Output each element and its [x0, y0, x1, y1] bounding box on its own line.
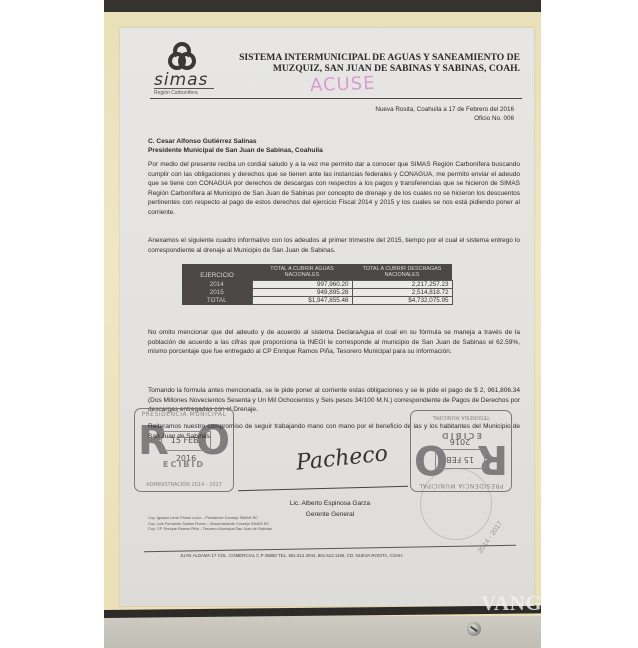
- body-paragraph-2: Anexamos el siguiente cuadro informativo…: [148, 236, 520, 255]
- header-aguas-nacionales: TOTAL A CUBRIR AGUAS NACIONALES: [252, 264, 352, 281]
- received-stamp-left: PRESIDENCIA MUNICIPAL R O 15 FEB. 2016 E…: [134, 408, 234, 492]
- debt-table-header: EJERCICIO TOTAL A CUBRIR AGUAS NACIONALE…: [182, 264, 452, 281]
- watermark: VANGUARD: [481, 591, 541, 616]
- body-paragraph-3: No omito mencionar que del adeudo y de a…: [148, 328, 520, 357]
- photo-top-edge: [104, 0, 541, 12]
- table-row-total: TOTAL $1,947,855.48 $4,732,075.95: [182, 297, 452, 305]
- row-aguas-value: 949,895.28: [252, 289, 352, 297]
- cc-item: Ccp. Ignacio Lenin Flores Lucio – Presid…: [148, 516, 272, 522]
- letter-sheet: simas Región Carbonífera SISTEMA INTERMU…: [120, 28, 534, 606]
- row-year: 2014: [182, 281, 252, 289]
- row-aguas-value: $1,947,855.48: [252, 297, 352, 305]
- screw-icon: [467, 622, 481, 636]
- header-divider: [150, 98, 522, 99]
- stamp-top-text: PRESIDENCIA MUNICIPAL: [411, 482, 511, 489]
- signature-line: [238, 486, 408, 491]
- logo-knot-icon: [168, 42, 198, 72]
- signer-block: Lic. Alberto Espinosa Garza Gerente Gene…: [280, 498, 380, 520]
- footer-address: JUAN ALDAMA 17 COL. COMERCIAL C.P 26850 …: [180, 553, 404, 558]
- cc-list: Ccp. Ignacio Lenin Flores Lucio – Presid…: [148, 516, 272, 533]
- stamp-received: ECIBID: [411, 431, 511, 440]
- stamp-top-text: PRESIDENCIA MUNICIPAL: [135, 411, 233, 418]
- header-descargas-nacionales: TOTAL A CUBRIR DESCRAGAS NACIONALES: [352, 264, 452, 281]
- received-stamp-right: PRESIDENCIA MUNICIPAL R O 15 FEB 2016 EC…: [410, 410, 512, 492]
- debt-table: EJERCICIO TOTAL A CUBRIR AGUAS NACIONALE…: [182, 264, 453, 305]
- stamp-date: 15 FEB 2016: [435, 449, 485, 469]
- recipient-name: C. Cesar Alfonso Gutiérrez Salinas: [148, 137, 323, 146]
- row-descargas-value: 2,514,818.72: [352, 289, 452, 297]
- signature-scribble: Pacheco: [295, 441, 389, 475]
- row-year: 2015: [182, 289, 252, 297]
- logo-word: simas: [154, 72, 214, 88]
- table-row: 2015 949,895.28 2,514,818.72: [182, 289, 452, 297]
- organization-line-1: SISTEMA INTERMUNICIPAL DE AGUAS Y SANEAM…: [230, 52, 520, 63]
- organization-name: SISTEMA INTERMUNICIPAL DE AGUAS Y SANEAM…: [230, 52, 520, 74]
- stamp-bottom-text: TESORERIA MUNICIPAL: [411, 414, 511, 420]
- table-row: 2014 997,960.20 2,217,257.23: [182, 281, 452, 289]
- signer-name: Lic. Alberto Espinosa Garza: [280, 498, 380, 509]
- simas-logo: simas Región Carbonífera: [154, 42, 214, 96]
- recipient-block: C. Cesar Alfonso Gutiérrez Salinas Presi…: [148, 137, 323, 155]
- row-year: TOTAL: [182, 297, 252, 305]
- stamp-received: ECIBID: [135, 460, 233, 469]
- body-paragraph-1: Por medio del presente reciba un cordial…: [148, 160, 520, 218]
- footer-divider: [144, 545, 516, 552]
- cc-item: Ccp. CP. Enrique Ramos Piña – Tesorero M…: [148, 527, 272, 533]
- stamp-bottom-text: ADMINISTRACIÓN 2014 - 2017: [135, 482, 233, 488]
- place-date: Nueva Rosita, Coahuila a 17 de Febrero d…: [375, 105, 514, 114]
- recipient-title: Presidente Municipal de San Juan de Sabi…: [148, 146, 323, 155]
- row-descargas-value: 2,217,257.23: [352, 281, 452, 289]
- dateline: Nueva Rosita, Coahuila a 17 de Febrero d…: [375, 105, 514, 123]
- handwritten-acuse: ACUSE: [310, 73, 376, 96]
- reference-number: Oficio No. 006: [375, 114, 514, 123]
- document-photo: simas Región Carbonífera SISTEMA INTERMU…: [104, 0, 541, 648]
- signer-role: Gerente General: [280, 509, 380, 520]
- row-aguas-value: 997,960.20: [252, 281, 352, 289]
- row-descargas-value: $4,732,075.95: [352, 297, 452, 305]
- header-ejercicio: EJERCICIO: [182, 264, 252, 281]
